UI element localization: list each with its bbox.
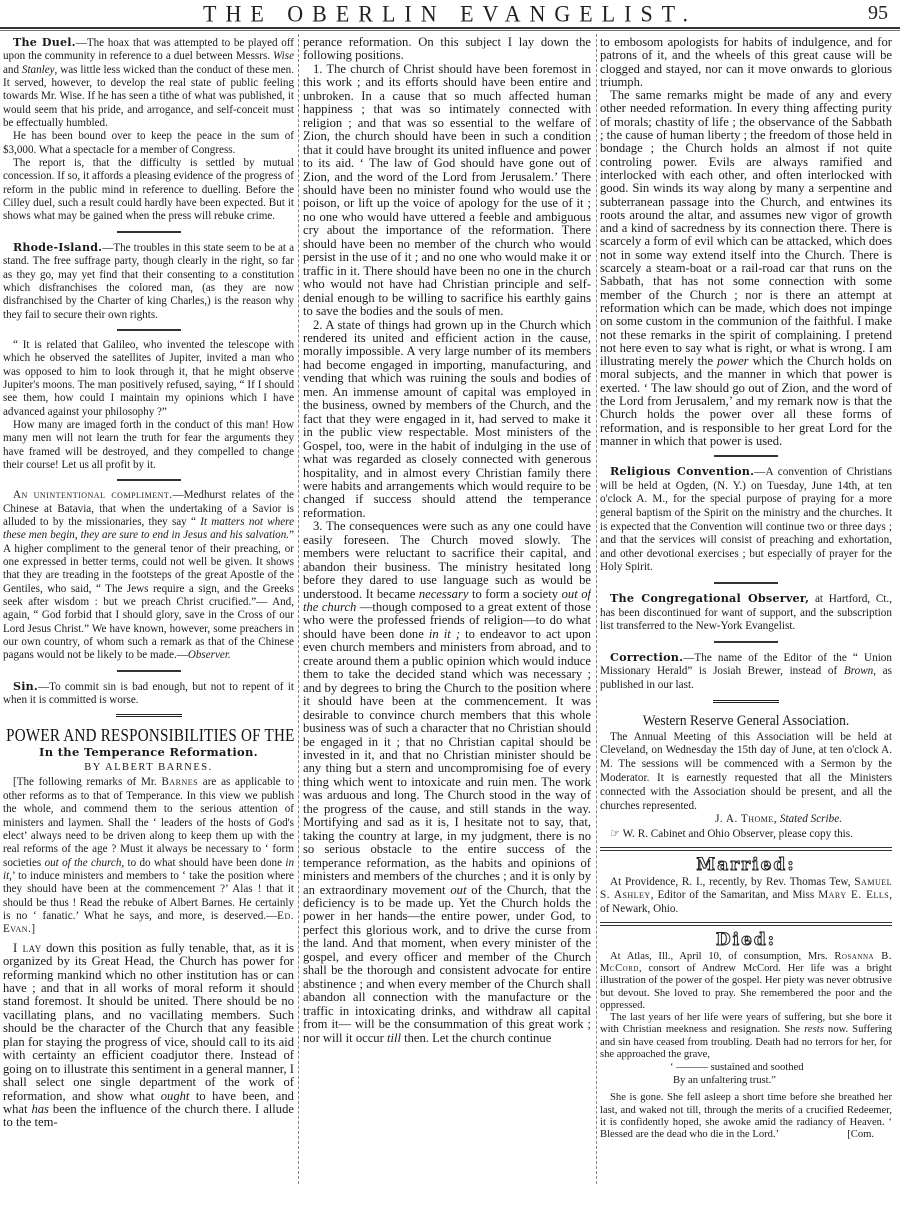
section-divider bbox=[714, 455, 778, 457]
western-reserve-notice: The Annual Meeting of this Association w… bbox=[600, 731, 892, 814]
copy-request: ☞ W. R. Cabinet and Ohio Observer, pleas… bbox=[600, 827, 892, 842]
article-position-2: 2. A state of things had grown up in the… bbox=[303, 319, 591, 521]
masthead: THE OBERLIN EVANGELIST. 95 bbox=[0, 0, 900, 26]
article-position-3: 3. The consequences were such as any one… bbox=[303, 520, 591, 1045]
article-body-paragraph: I lay down this position as fully tenabl… bbox=[3, 942, 294, 1130]
article-headline: POWER AND RESPONSIBILITIES OF THE CHURCH bbox=[6, 725, 291, 745]
duel-paragraph-2: He has been bound over to keep the peace… bbox=[3, 130, 294, 157]
section-divider bbox=[117, 670, 181, 672]
correction-notice: Correction.—The name of the Editor of th… bbox=[600, 651, 892, 693]
duel-paragraph: The Duel.—The hoax that was attempted to… bbox=[3, 36, 294, 130]
died-notice: At Atlas, Ill., April 10, of consumption… bbox=[600, 951, 892, 1012]
editor-note: [The following remarks of Mr. Barnes are… bbox=[3, 776, 294, 936]
section-divider bbox=[117, 479, 181, 481]
galileo-quote: “ It is related that Galileo, who invent… bbox=[3, 339, 294, 419]
section-divider bbox=[713, 700, 779, 703]
verse-line-1: ‘ ——— sustained and soothed bbox=[600, 1061, 892, 1074]
column-1: The Duel.—The hoax that was attempted to… bbox=[3, 36, 294, 1201]
article-paragraph: perance reformation. On this subject I l… bbox=[303, 36, 591, 63]
section-divider bbox=[117, 231, 181, 233]
article-closing-paragraph: The same remarks might be made of any an… bbox=[600, 89, 892, 448]
newspaper-title: THE OBERLIN EVANGELIST. bbox=[0, 0, 900, 27]
married-title: Married: bbox=[600, 854, 892, 876]
article-position-1: 1. The church of Christ should have been… bbox=[303, 63, 591, 319]
western-reserve-title: Western Reserve General Association. bbox=[615, 711, 878, 731]
masthead-rule bbox=[0, 27, 900, 31]
compliment-paragraph: An unintentional compliment.—Medhurst re… bbox=[3, 489, 294, 662]
verse-line-2: By an unfaltering trust.” bbox=[600, 1074, 892, 1087]
died-notice-2: The last years of her life were years of… bbox=[600, 1012, 892, 1061]
column-divider bbox=[298, 34, 299, 1184]
pointing-hand-icon: ☞ bbox=[610, 827, 620, 840]
section-divider bbox=[117, 329, 181, 331]
duel-paragraph-3: The report is, that the difficulty is se… bbox=[3, 157, 294, 224]
section-divider bbox=[116, 714, 182, 717]
galileo-comment: How many are imaged forth in the conduct… bbox=[3, 419, 294, 472]
signature: J. A. Thome, Stated Scribe. bbox=[600, 813, 892, 827]
column-2: perance reformation. On this subject I l… bbox=[303, 36, 591, 1201]
section-double-rule bbox=[600, 922, 892, 926]
rhode-island-paragraph: Rhode-Island.—The troubles in this state… bbox=[3, 241, 294, 322]
convention-notice: Religious Convention.—A convention of Ch… bbox=[600, 465, 892, 575]
article-continuation: to embosom apologists for habits of indu… bbox=[600, 36, 892, 89]
article-byline: BY ALBERT BARNES. bbox=[3, 760, 294, 776]
duel-lead: The Duel. bbox=[13, 36, 76, 49]
sin-paragraph: Sin.—To commit sin is bad enough, but no… bbox=[3, 680, 294, 708]
observer-notice: The Congregational Observer, at Hartford… bbox=[600, 592, 892, 634]
column-3: to embosom apologists for habits of indu… bbox=[600, 36, 892, 1201]
section-divider bbox=[714, 641, 778, 643]
section-divider bbox=[714, 582, 778, 584]
married-notice: At Providence, R. I., recently, by Rev. … bbox=[600, 876, 892, 917]
page-number: 95 bbox=[868, 2, 888, 25]
died-title: Died: bbox=[600, 929, 892, 951]
article-subhead: In the Temperance Reformation. bbox=[3, 745, 294, 760]
column-divider bbox=[596, 34, 597, 1184]
section-double-rule bbox=[600, 847, 892, 851]
